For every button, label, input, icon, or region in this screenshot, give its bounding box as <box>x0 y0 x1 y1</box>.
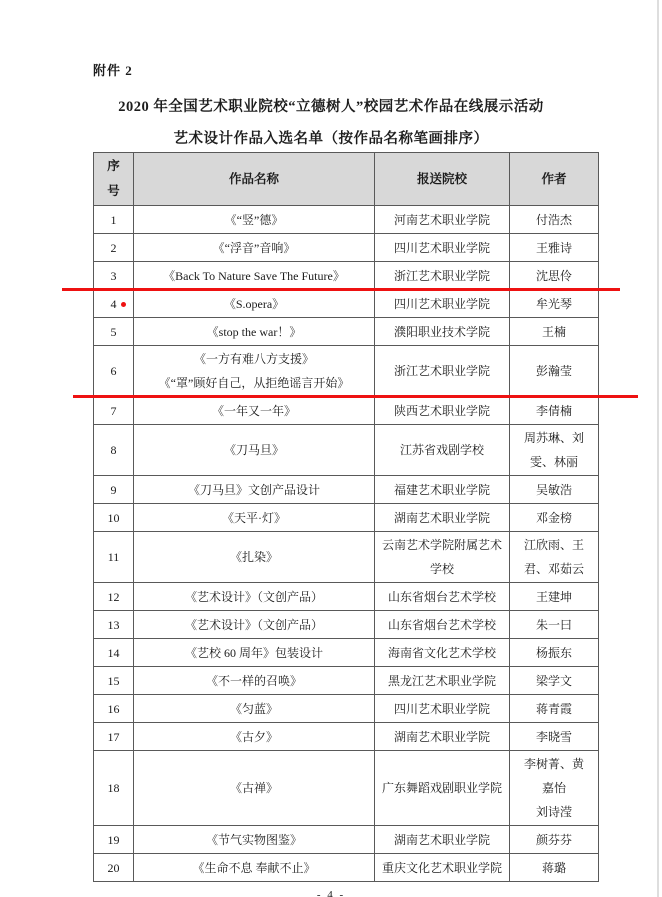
school-name: 黑龙江艺术职业学院 <box>375 667 510 695</box>
school-name: 四川艺术职业学院 <box>375 695 510 723</box>
work-title: 《“浮音”音响》 <box>134 234 375 262</box>
work-title: 《艺术设计》（文创产品） <box>134 611 375 639</box>
row-index: 19 <box>94 826 134 854</box>
school-name: 海南省文化艺术学校 <box>375 639 510 667</box>
work-title: 《Back To Nature Save The Future》 <box>134 262 375 290</box>
row-index: 8 <box>94 425 134 476</box>
table-row: 14《艺校 60 周年》包装设计海南省文化艺术学校杨振东 <box>94 639 599 667</box>
table-row: 16《匀蓝》四川艺术职业学院蒋青霞 <box>94 695 599 723</box>
work-title: 《不一样的召唤》 <box>134 667 375 695</box>
table-row: 8《刀马旦》江苏省戏剧学校周苏琳、刘 雯、林丽 <box>94 425 599 476</box>
school-name: 濮阳职业技术学院 <box>375 318 510 346</box>
red-underline-annotation-1 <box>62 288 620 291</box>
header-work-title: 作品名称 <box>134 153 375 206</box>
work-title: 《古夕》 <box>134 723 375 751</box>
table-row: 17《古夕》湖南艺术职业学院李晓雪 <box>94 723 599 751</box>
school-name: 浙江艺术职业学院 <box>375 262 510 290</box>
works-table: 序 号 作品名称 报送院校 作者 1《“竖”德》河南艺术职业学院付浩杰2《“浮音… <box>93 152 599 882</box>
author-name: 蒋青霞 <box>510 695 599 723</box>
author-name: 周苏琳、刘 雯、林丽 <box>510 425 599 476</box>
document-title-line1: 2020 年全国艺术职业院校“立德树人”校园艺术作品在线展示活动 <box>0 95 662 116</box>
author-name: 颜芬芬 <box>510 826 599 854</box>
school-name: 湖南艺术职业学院 <box>375 723 510 751</box>
work-title: 《艺术设计》（文创产品） <box>134 583 375 611</box>
author-name: 王雅诗 <box>510 234 599 262</box>
table-row: 2《“浮音”音响》四川艺术职业学院王雅诗 <box>94 234 599 262</box>
school-name: 山东省烟台艺术学校 <box>375 583 510 611</box>
work-title: 《天平·灯》 <box>134 504 375 532</box>
work-title: 《刀马旦》 <box>134 425 375 476</box>
table-row: 19《节气实物图鉴》湖南艺术职业学院颜芬芬 <box>94 826 599 854</box>
author-name: 梁学文 <box>510 667 599 695</box>
school-name: 湖南艺术职业学院 <box>375 826 510 854</box>
table-row: 20《生命不息 奉献不止》重庆文化艺术职业学院蒋璐 <box>94 854 599 882</box>
school-name: 云南艺术学院附属艺术 学校 <box>375 532 510 583</box>
author-name: 李树菁、黄 嘉怡 刘诗滢 <box>510 751 599 826</box>
author-name: 吴敏浩 <box>510 476 599 504</box>
author-name: 李晓雪 <box>510 723 599 751</box>
work-title: 《古禅》 <box>134 751 375 826</box>
school-name: 陕西艺术职业学院 <box>375 397 510 425</box>
table-row: 18《古禅》广东舞蹈戏剧职业学院李树菁、黄 嘉怡 刘诗滢 <box>94 751 599 826</box>
school-name: 浙江艺术职业学院 <box>375 346 510 397</box>
header-school: 报送院校 <box>375 153 510 206</box>
document-title-line2: 艺术设计作品入选名单（按作品名称笔画排序） <box>0 127 662 148</box>
header-index: 序 号 <box>94 153 134 206</box>
author-name: 王建坤 <box>510 583 599 611</box>
table-header-row: 序 号 作品名称 报送院校 作者 <box>94 153 599 206</box>
row-index: 16 <box>94 695 134 723</box>
row-index: 20 <box>94 854 134 882</box>
row-index: 4 <box>94 290 134 318</box>
row-index: 2 <box>94 234 134 262</box>
school-name: 四川艺术职业学院 <box>375 290 510 318</box>
table-row: 7《一年又一年》陕西艺术职业学院李倩楠 <box>94 397 599 425</box>
works-table-body: 1《“竖”德》河南艺术职业学院付浩杰2《“浮音”音响》四川艺术职业学院王雅诗3《… <box>94 206 599 882</box>
table-row: 1《“竖”德》河南艺术职业学院付浩杰 <box>94 206 599 234</box>
row-index: 3 <box>94 262 134 290</box>
table-row: 15《不一样的召唤》黑龙江艺术职业学院梁学文 <box>94 667 599 695</box>
author-name: 朱一曰 <box>510 611 599 639</box>
work-title: 《生命不息 奉献不止》 <box>134 854 375 882</box>
work-title: 《“竖”德》 <box>134 206 375 234</box>
red-dot-annotation <box>121 302 126 307</box>
row-index: 9 <box>94 476 134 504</box>
work-title: 《艺校 60 周年》包装设计 <box>134 639 375 667</box>
table-row: 4《S.opera》四川艺术职业学院牟光琴 <box>94 290 599 318</box>
author-name: 牟光琴 <box>510 290 599 318</box>
author-name: 邓金榜 <box>510 504 599 532</box>
header-author: 作者 <box>510 153 599 206</box>
work-title: 《匀蓝》 <box>134 695 375 723</box>
author-name: 蒋璐 <box>510 854 599 882</box>
page-edge-line <box>657 0 659 897</box>
attachment-label: 附件 2 <box>93 60 133 79</box>
author-name: 杨振东 <box>510 639 599 667</box>
author-name: 王楠 <box>510 318 599 346</box>
row-index: 13 <box>94 611 134 639</box>
row-index: 14 <box>94 639 134 667</box>
table-row: 3《Back To Nature Save The Future》浙江艺术职业学… <box>94 262 599 290</box>
work-title: 《刀马旦》文创产品设计 <box>134 476 375 504</box>
table-row: 10《天平·灯》湖南艺术职业学院邓金榜 <box>94 504 599 532</box>
work-title: 《节气实物图鉴》 <box>134 826 375 854</box>
author-name: 付浩杰 <box>510 206 599 234</box>
row-index: 10 <box>94 504 134 532</box>
page-number: - 4 - <box>0 889 662 897</box>
author-name: 李倩楠 <box>510 397 599 425</box>
document-body: 序 号 作品名称 报送院校 作者 1《“竖”德》河南艺术职业学院付浩杰2《“浮音… <box>0 152 662 897</box>
row-index: 5 <box>94 318 134 346</box>
page: 附件 2 2020 年全国艺术职业院校“立德树人”校园艺术作品在线展示活动 艺术… <box>0 0 662 897</box>
school-name: 四川艺术职业学院 <box>375 234 510 262</box>
school-name: 江苏省戏剧学校 <box>375 425 510 476</box>
work-title: 《stop the war！》 <box>134 318 375 346</box>
table-row: 6《一方有难八方支援》 《“罩”顾好自己，从拒绝谣言开始》浙江艺术职业学院彭瀚莹 <box>94 346 599 397</box>
author-name: 沈思伶 <box>510 262 599 290</box>
table-row: 9《刀马旦》文创产品设计福建艺术职业学院吴敏浩 <box>94 476 599 504</box>
red-underline-annotation-2 <box>73 395 638 398</box>
school-name: 山东省烟台艺术学校 <box>375 611 510 639</box>
work-title: 《一方有难八方支援》 《“罩”顾好自己，从拒绝谣言开始》 <box>134 346 375 397</box>
work-title: 《S.opera》 <box>134 290 375 318</box>
school-name: 重庆文化艺术职业学院 <box>375 854 510 882</box>
work-title: 《扎染》 <box>134 532 375 583</box>
work-title: 《一年又一年》 <box>134 397 375 425</box>
row-index: 15 <box>94 667 134 695</box>
table-row: 12《艺术设计》（文创产品）山东省烟台艺术学校王建坤 <box>94 583 599 611</box>
table-row: 11《扎染》云南艺术学院附属艺术 学校江欣雨、王 君、邓茹云 <box>94 532 599 583</box>
table-row: 5《stop the war！》濮阳职业技术学院王楠 <box>94 318 599 346</box>
school-name: 湖南艺术职业学院 <box>375 504 510 532</box>
row-index: 1 <box>94 206 134 234</box>
row-index: 17 <box>94 723 134 751</box>
author-name: 彭瀚莹 <box>510 346 599 397</box>
row-index: 7 <box>94 397 134 425</box>
table-row: 13《艺术设计》（文创产品）山东省烟台艺术学校朱一曰 <box>94 611 599 639</box>
row-index: 11 <box>94 532 134 583</box>
row-index: 12 <box>94 583 134 611</box>
row-index: 6 <box>94 346 134 397</box>
row-index: 18 <box>94 751 134 826</box>
author-name: 江欣雨、王 君、邓茹云 <box>510 532 599 583</box>
school-name: 广东舞蹈戏剧职业学院 <box>375 751 510 826</box>
school-name: 河南艺术职业学院 <box>375 206 510 234</box>
school-name: 福建艺术职业学院 <box>375 476 510 504</box>
